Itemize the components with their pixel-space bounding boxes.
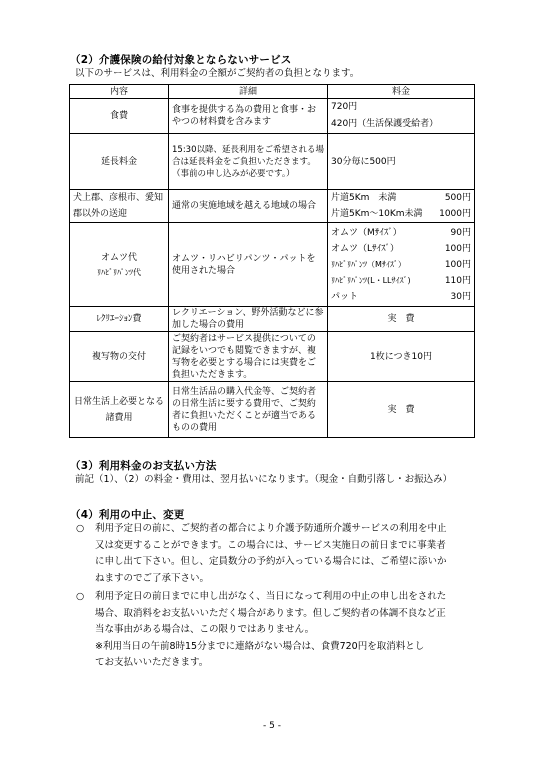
page-number: - 5 -: [0, 721, 544, 731]
row-detail: 日常生活品の購入代金等、ご契約者の日常生活に要する費用で、ご契約者に負担いただく…: [169, 382, 328, 438]
fee-price: 500円: [445, 190, 471, 206]
row-fee: 実 費: [328, 382, 475, 438]
list-item: ○ 利用予定日の前日までに申し出がなく、当日になって利用の中止の申し出をされた …: [76, 589, 505, 672]
fee-line: オムツ（Mｻｲｽﾞ） 90円: [331, 225, 471, 241]
row-fee: 30分毎に500円: [328, 134, 475, 190]
list-line: ねますのでご了承下さい。: [95, 571, 505, 588]
fee-line: オムツ（Lｻｲｽﾞ） 100円: [331, 241, 471, 257]
circle-bullet-icon: ○: [76, 521, 84, 538]
list-item-body: 利用予定日の前に、ご契約者の都合により介護予防通所介護サービスの利用を中止 又は…: [95, 521, 505, 587]
table-row: オムツ代 ﾘﾊﾋﾞﾘﾊﾟﾝﾂ代 オムツ・リハビリパンツ・パットを使用された場合 …: [70, 223, 475, 307]
circle-bullet-icon: ○: [76, 589, 84, 606]
list-line: 当な事由がある場合は、この限りではありません。: [95, 622, 505, 639]
fee-line: ﾘﾊﾋﾞﾘﾊﾟﾝﾂ（Mｻｲｽﾞ） 100円: [331, 257, 471, 273]
row-item: 日常生活上必要となる諸費用: [70, 382, 169, 438]
list-line: に申し出て下さい。但し、定員数分の予約が入っている場合には、ご希望に添いか: [95, 554, 505, 571]
row-item: 複写物の交付: [70, 332, 169, 382]
section2-heading: （2）介護保険の給付対象とならないサービス: [70, 52, 292, 67]
list-line: てお支払いいただきます。: [95, 655, 505, 672]
section2-intro: 以下のサービスは、利用料金の全額がご契約者の負担となります。: [75, 67, 359, 80]
fee-price: 100円: [445, 241, 471, 257]
list-item-body: 利用予定日の前日までに申し出がなく、当日になって利用の中止の申し出をされた 場合…: [95, 589, 505, 672]
section3-heading: （3）利用料金のお支払い方法: [70, 458, 217, 473]
header-detail: 詳細: [169, 85, 328, 99]
table-row: 延長料金 15:30以降、延長利用をご希望される場合は延長料金をご負担いただきま…: [70, 134, 475, 190]
fee-table: 内容 詳細 料金 食費 食事を提供する為の費用と食事・おやつの材料費を含みます …: [69, 84, 475, 438]
fee-label: オムツ（Lｻｲｽﾞ）: [331, 241, 399, 257]
fee-label: オムツ（Mｻｲｽﾞ）: [331, 225, 402, 241]
fee-label: パット: [331, 289, 358, 305]
row-fee: 実 費: [328, 307, 475, 332]
section4-heading: （4）利用の中止、変更: [70, 507, 185, 522]
fee-line: パット 30円: [331, 289, 471, 305]
row-detail: オムツ・リハビリパンツ・パットを使用された場合: [169, 223, 328, 307]
fee-price: 100円: [445, 257, 471, 273]
list-line: 利用予定日の前日までに申し出がなく、当日になって利用の中止の申し出をされた: [95, 589, 505, 606]
list-line: ※利用当日の午前8時15分までに連絡がない場合は、食費720円を取消料とし: [95, 639, 505, 656]
fee-line: 420円（生活保護受給者）: [331, 116, 471, 133]
list-item: ○ 利用予定日の前に、ご契約者の都合により介護予防通所介護サービスの利用を中止 …: [76, 521, 505, 587]
document-page: （2）介護保険の給付対象とならないサービス 以下のサービスは、利用料金の全額がご…: [0, 0, 544, 780]
list-line: 利用予定日の前に、ご契約者の都合により介護予防通所介護サービスの利用を中止: [95, 521, 505, 538]
table-header-row: 内容 詳細 料金: [70, 85, 475, 99]
row-detail: 15:30以降、延長利用をご希望される場合は延長料金をご負担いただきます。（事前…: [169, 134, 328, 190]
fee-label: 片道5Km〜10Km未満: [331, 206, 423, 222]
row-fee: 片道5Km 未満 500円 片道5Km〜10Km未満 1000円: [328, 190, 475, 223]
row-detail: ご契約者はサービス提供についての記録をいつでも閲覧できますが、複写物を必要とする…: [169, 332, 328, 382]
fee-line: 片道5Km 未満 500円: [331, 190, 471, 206]
fee-line: ﾘﾊﾋﾞﾘﾊﾟﾝﾂ(L・LLｻｲｽﾞ) 110円: [331, 273, 471, 289]
list-line: 又は変更することができます。この場合には、サービス実施日の前日までに事業者: [95, 538, 505, 555]
fee-price: 110円: [445, 273, 471, 289]
fee-line: 片道5Km〜10Km未満 1000円: [331, 206, 471, 222]
table-row: 食費 食事を提供する為の費用と食事・おやつの材料費を含みます 720円 420円…: [70, 99, 475, 134]
row-detail: 通常の実施地域を越える地域の場合: [169, 190, 328, 223]
row-item: 延長料金: [70, 134, 169, 190]
table-row: 複写物の交付 ご契約者はサービス提供についての記録をいつでも閲覧できますが、複写…: [70, 332, 475, 382]
row-fee: 1枚につき10円: [328, 332, 475, 382]
table-row: 日常生活上必要となる諸費用 日常生活品の購入代金等、ご契約者の日常生活に要する費…: [70, 382, 475, 438]
row-item: 食費: [70, 99, 169, 134]
fee-label: ﾘﾊﾋﾞﾘﾊﾟﾝﾂ(L・LLｻｲｽﾞ): [331, 273, 411, 289]
row-fee: オムツ（Mｻｲｽﾞ） 90円 オムツ（Lｻｲｽﾞ） 100円 ﾘﾊﾋﾞﾘﾊﾟﾝﾂ…: [328, 223, 475, 307]
table-row: 犬上郡、彦根市、愛知郡以外の送迎 通常の実施地域を越える地域の場合 片道5Km …: [70, 190, 475, 223]
fee-price: 30円: [451, 289, 471, 305]
list-line: 場合、取消料をお支払いいただく場合があります。但しご契約者の体調不良など正: [95, 606, 505, 623]
row-item: オムツ代 ﾘﾊﾋﾞﾘﾊﾟﾝﾂ代: [70, 223, 169, 307]
fee-line: 720円: [331, 99, 471, 116]
fee-label: ﾘﾊﾋﾞﾘﾊﾟﾝﾂ（Mｻｲｽﾞ）: [331, 257, 406, 273]
row-detail: レクリエーション、野外活動などに参加した場合の費用: [169, 307, 328, 332]
row-item-line1: オムツ代: [73, 250, 165, 266]
section3-body: 前記（1）、（2）の料金・費用は、翌月払いになります。（現金・自動引落し・お振込…: [75, 473, 452, 486]
fee-price: 1000円: [439, 206, 471, 222]
row-fee: 720円 420円（生活保護受給者）: [328, 99, 475, 134]
row-item: 犬上郡、彦根市、愛知郡以外の送迎: [70, 190, 169, 223]
header-item: 内容: [70, 85, 169, 99]
fee-label: 片道5Km 未満: [331, 190, 396, 206]
row-item-line2: ﾘﾊﾋﾞﾘﾊﾟﾝﾂ代: [73, 266, 165, 280]
fee-price: 90円: [451, 225, 471, 241]
table-row: ﾚｸﾘｴｰｼｮﾝ費 レクリエーション、野外活動などに参加した場合の費用 実 費: [70, 307, 475, 332]
row-item: ﾚｸﾘｴｰｼｮﾝ費: [70, 307, 169, 332]
header-fee: 料金: [328, 85, 475, 99]
row-detail: 食事を提供する為の費用と食事・おやつの材料費を含みます: [169, 99, 328, 134]
